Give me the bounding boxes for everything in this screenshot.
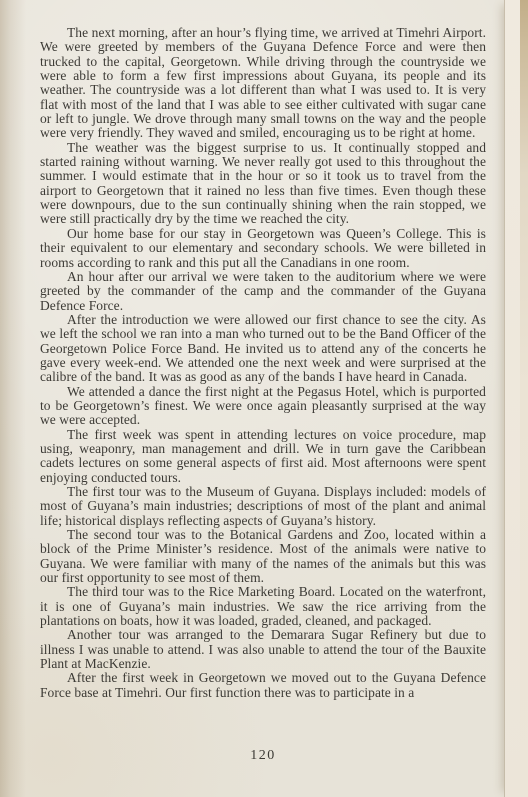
paragraph: Another tour was arranged to the Demarar… [40,628,486,671]
page-gutter-shadow [0,0,26,797]
page-text: The next morning, after an hour’s flying… [40,26,486,700]
page-number: 120 [40,748,486,764]
paragraph: We attended a dance the first night at t… [40,385,486,428]
paragraph: The second tour was to the Botanical Gar… [40,528,486,585]
paragraph: An hour after our arrival we were taken … [40,270,486,313]
paragraph: The first week was spent in attending le… [40,428,486,485]
paragraph: After the introduction we were allowed o… [40,313,486,385]
paragraph: The third tour was to the Rice Marketing… [40,585,486,628]
book-page: The next morning, after an hour’s flying… [0,0,528,797]
paragraph: The weather was the biggest surprise to … [40,141,486,227]
page-edge [504,0,528,797]
paragraph: Our home base for our stay in Georgetown… [40,227,486,270]
paragraph: The next morning, after an hour’s flying… [40,26,486,141]
paragraph: After the first week in Georgetown we mo… [40,671,486,700]
paragraph: The first tour was to the Museum of Guya… [40,485,486,528]
